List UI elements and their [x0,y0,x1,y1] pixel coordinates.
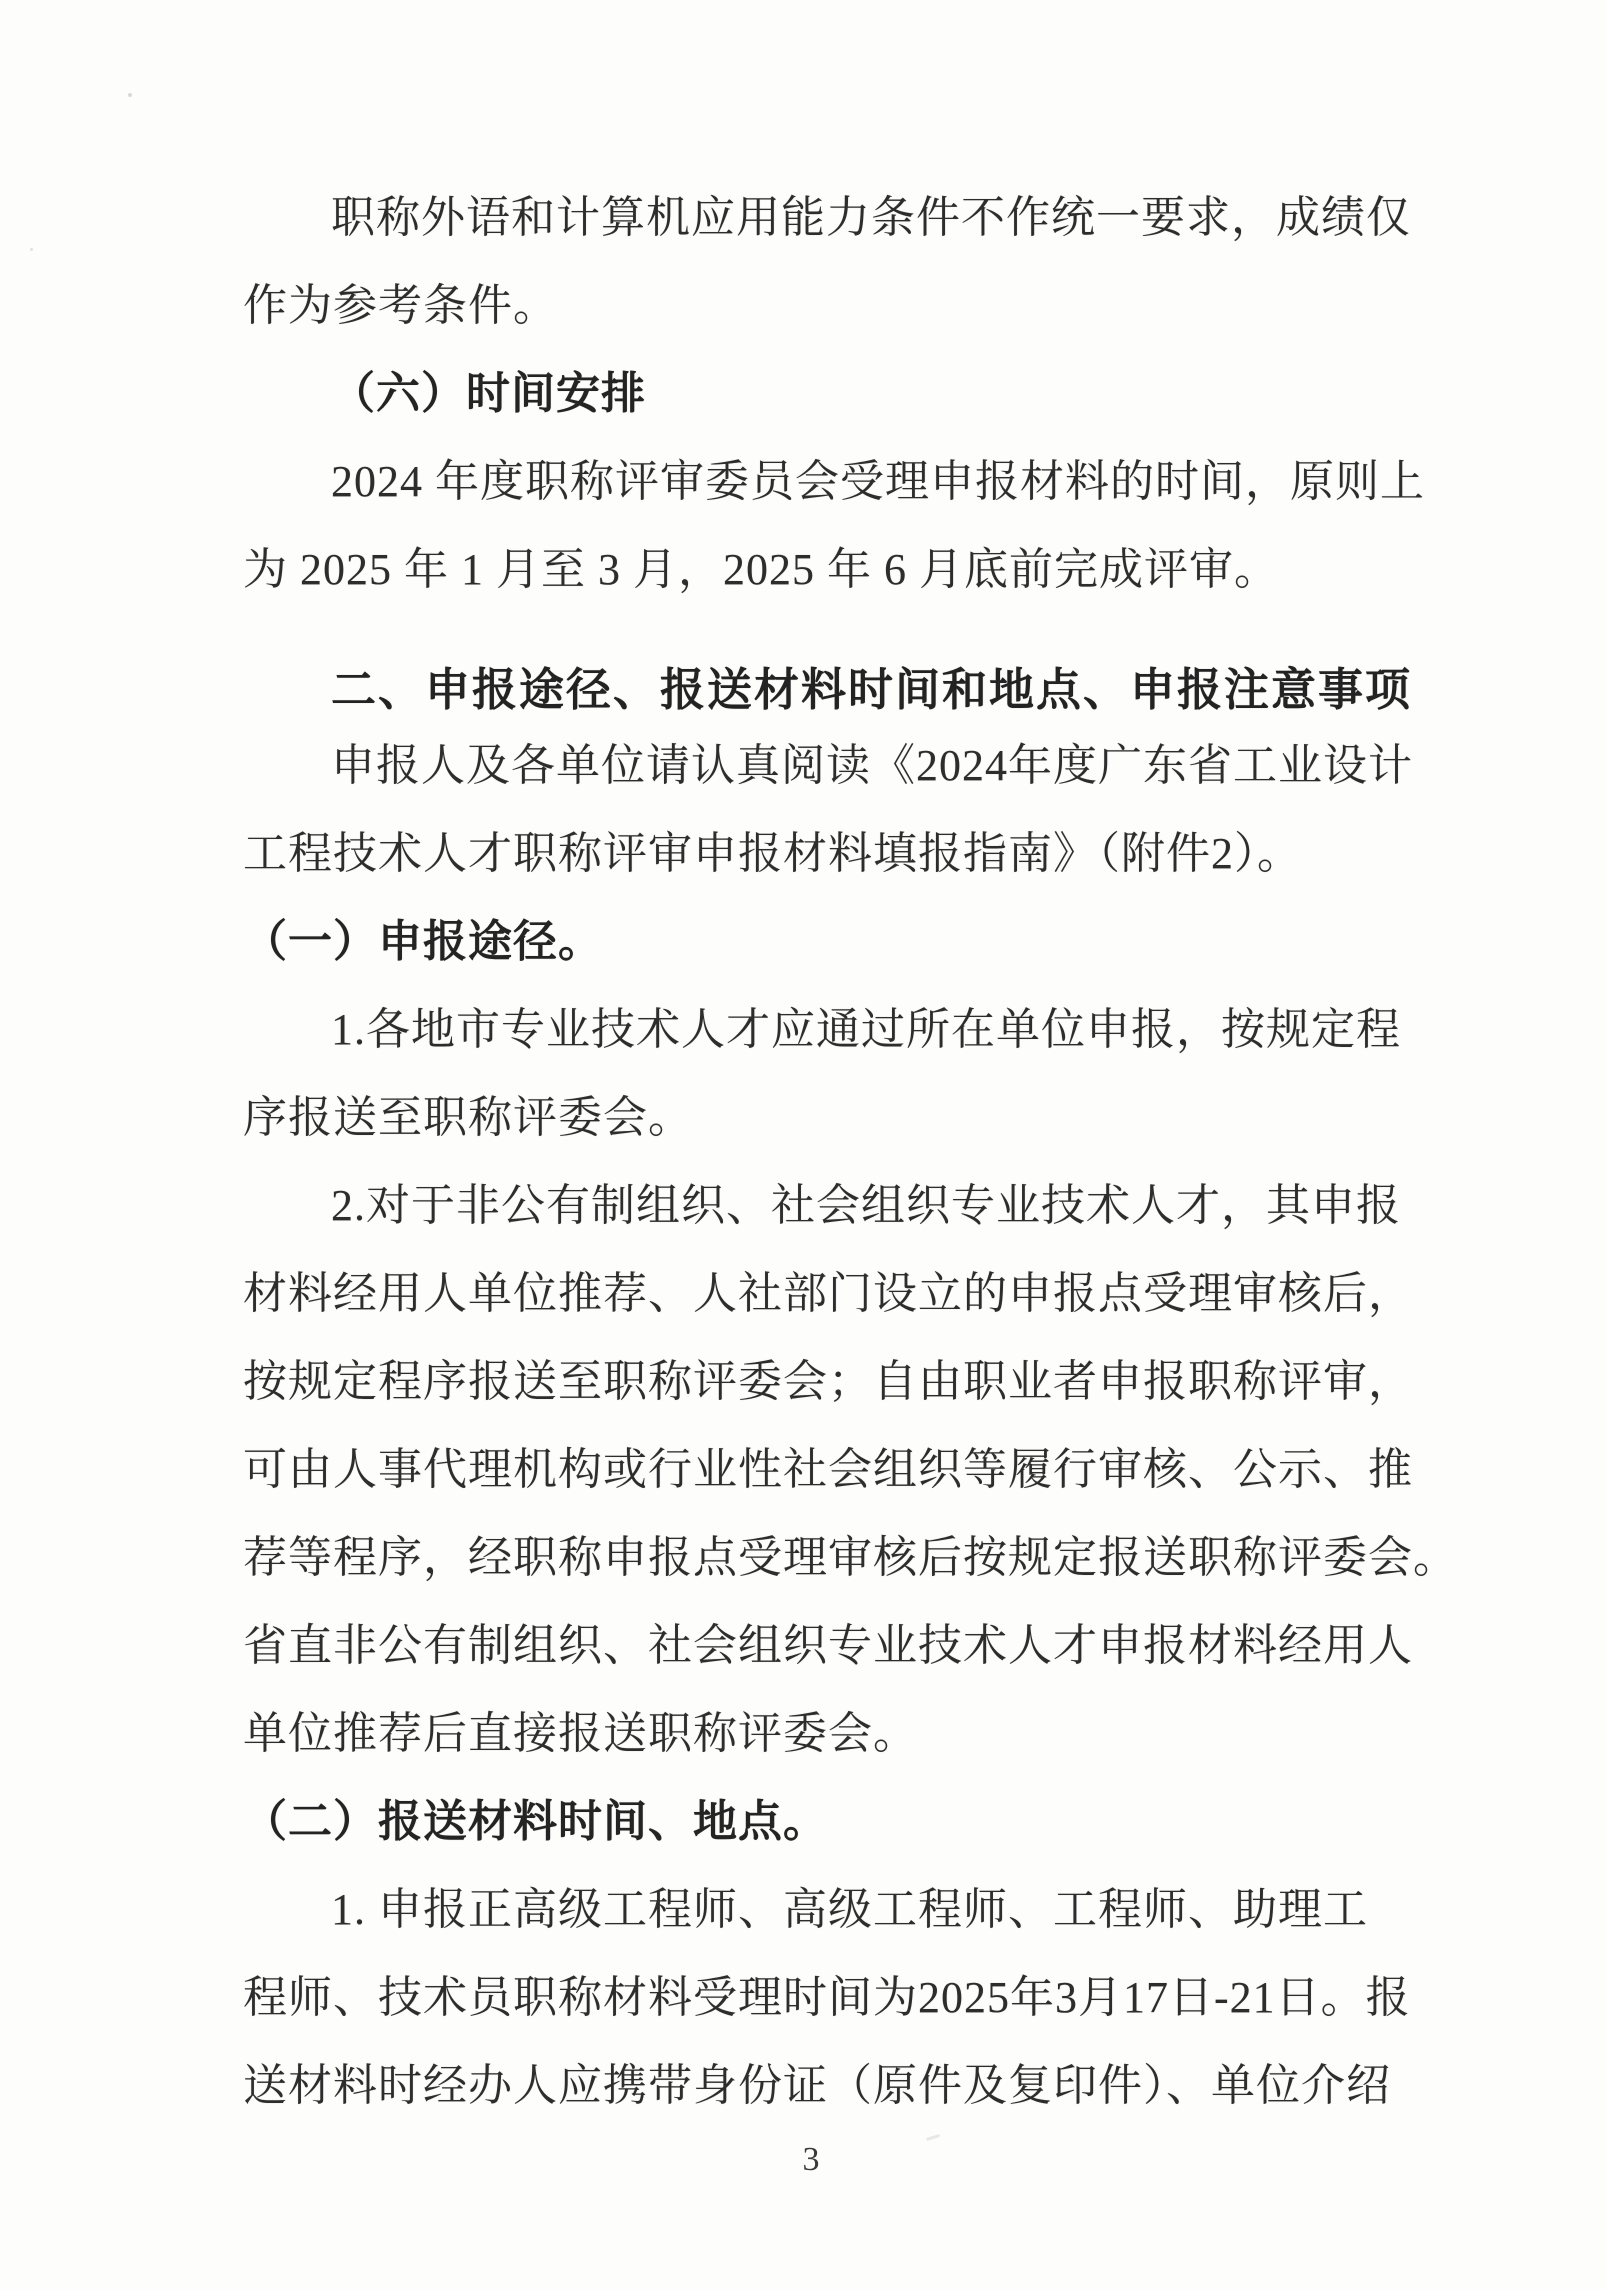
body-line: 为 2025 年 1 月至 3 月，2025 年 6 月底前完成评审。 [243,539,1413,627]
heading-section-6: （六）时间安排 [243,363,1413,451]
document-body: 职称外语和计算机应用能力条件不作统一要求，成绩仅 作为参考条件。 （六）时间安排… [243,187,1413,2143]
body-line: 省直非公有制组织、社会组织专业技术人才申报材料经用人 [243,1615,1413,1703]
heading-subsection-1: （一）申报途径。 [243,911,1413,999]
body-line: 送材料时经办人应携带身份证（原件及复印件）、单位介绍 [243,2055,1413,2143]
body-line: 作为参考条件。 [243,275,1413,363]
body-line: 1. 申报正高级工程师、高级工程师、工程师、助理工 [243,1879,1413,1967]
body-line: 可由人事代理机构或行业性社会组织等履行审核、公示、推 [243,1439,1413,1527]
body-line: 1.各地市专业技术人才应通过所在单位申报，按规定程 [243,999,1413,1087]
body-line: 程师、技术员职称材料受理时间为2025年3月17日-21日。报 [243,1967,1413,2055]
body-line: 单位推荐后直接报送职称评委会。 [243,1703,1413,1791]
body-line: 按规定程序报送至职称评委会；自由职业者申报职称评审， [243,1351,1413,1439]
body-line: 2024 年度职称评审委员会受理申报材料的时间，原则上 [243,451,1413,539]
scan-speck [30,248,33,251]
document-page: 职称外语和计算机应用能力条件不作统一要求，成绩仅 作为参考条件。 （六）时间安排… [0,0,1606,2290]
body-line: 2.对于非公有制组织、社会组织专业技术人才，其申报 [243,1175,1413,1263]
heading-subsection-2: （二）报送材料时间、地点。 [243,1791,1413,1879]
scan-speck [128,93,132,97]
body-line: 材料经用人单位推荐、人社部门设立的申报点受理审核后， [243,1263,1413,1351]
body-line: 荐等程序，经职称申报点受理审核后按规定报送职称评委会。 [243,1527,1413,1615]
page-number: 3 [803,2140,820,2180]
body-line: 申报人及各单位请认真阅读《2024年度广东省工业设计 [243,735,1413,823]
heading-part-2: 二、申报途径、报送材料时间和地点、申报注意事项 [243,659,1413,747]
body-line: 序报送至职称评委会。 [243,1087,1413,1175]
body-line: 职称外语和计算机应用能力条件不作统一要求，成绩仅 [243,187,1413,275]
body-line: 工程技术人才职称评审申报材料填报指南》（附件2）。 [243,823,1413,911]
